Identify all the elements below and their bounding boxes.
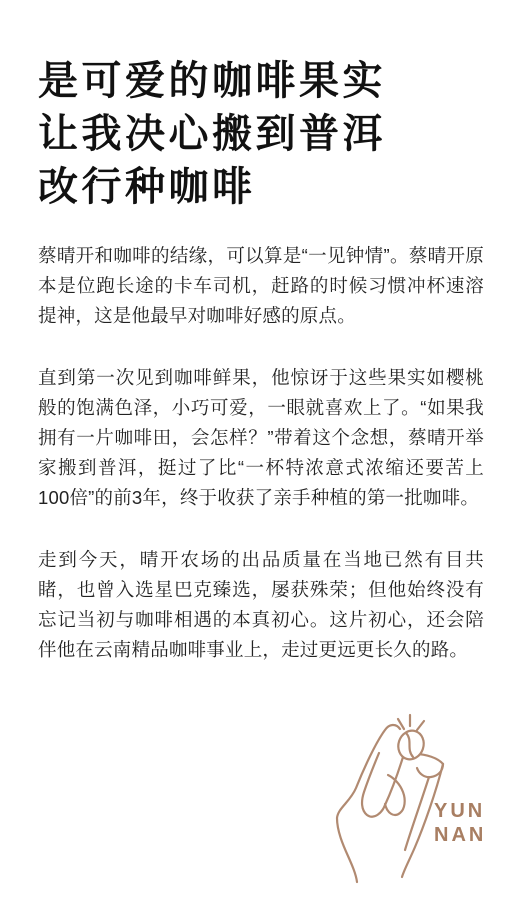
- paragraph-first-encounter: 直到第一次见到咖啡鲜果，他惊讶于这些果实如樱桃般的饱满色泽，小巧可爱，一眼就喜欢…: [38, 363, 484, 513]
- hand-outline: [337, 725, 443, 882]
- page-title: 是可爱的咖啡果实 让我决心搬到普洱 改行种咖啡: [38, 55, 484, 214]
- yunnan-logo: YUN NAN: [330, 680, 520, 900]
- title-line-2: 让我决心搬到普洱: [38, 108, 484, 161]
- coffee-bean-icon: [395, 727, 428, 762]
- title-line-3: 改行种咖啡: [38, 161, 484, 214]
- logo-wordmark: YUN NAN: [434, 799, 486, 847]
- wordmark-line-nan: NAN: [434, 823, 486, 847]
- paragraph-today: 走到今天，晴开农场的出品质量在当地已然有目共睹，也曾入选星巴克臻选，屡获殊荣；但…: [38, 545, 484, 665]
- sparkle-icon: [398, 715, 424, 730]
- title-line-1: 是可爱的咖啡果实: [38, 55, 484, 108]
- paragraph-origin: 蔡晴开和咖啡的结缘，可以算是“一见钟情”。蔡晴开原本是位跑长途的卡车司机，赶路的…: [38, 241, 484, 331]
- wordmark-line-yun: YUN: [434, 799, 486, 823]
- article-page: 是可爱的咖啡果实 让我决心搬到普洱 改行种咖啡 蔡晴开和咖啡的结缘，可以算是“一…: [38, 55, 484, 697]
- hand-pinching-coffee-bean-icon: [330, 680, 520, 900]
